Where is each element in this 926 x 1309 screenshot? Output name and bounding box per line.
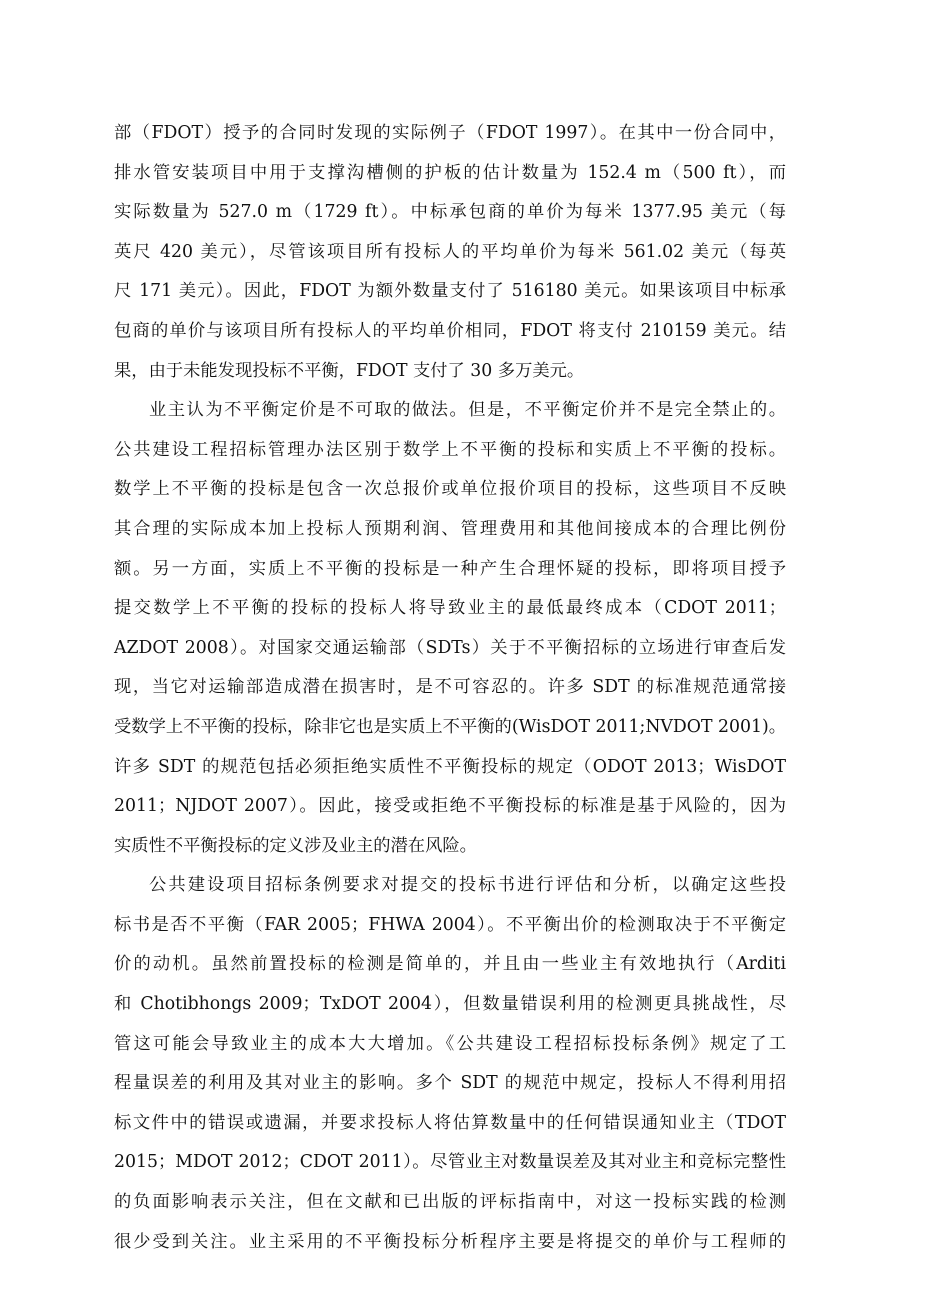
text-line: 2015；MDOT 2012；CDOT 2011）。尽管业主对数量误差及其对业主… [114, 1143, 786, 1183]
paragraph-3: 公共建设项目招标条例要求对提交的投标书进行评估和分析，以确定这些投 标书是否不平… [114, 866, 786, 1262]
text-line: 公共建设工程招标管理办法区别于数学上不平衡的投标和实质上不平衡的投标。 [114, 431, 786, 471]
text-line: 许多 SDT 的规范包括必须拒绝实质性不平衡投标的规定（ODOT 2013；Wi… [114, 748, 786, 788]
text-line: 包商的单价与该项目所有投标人的平均单价相同，FDOT 将支付 210159 美元… [114, 312, 786, 352]
paragraph-2: 业主认为不平衡定价是不可取的做法。但是，不平衡定价并不是完全禁止的。 公共建设工… [114, 391, 786, 866]
text-line: 业主认为不平衡定价是不可取的做法。但是，不平衡定价并不是完全禁止的。 [114, 391, 786, 431]
text-line: 公共建设项目招标条例要求对提交的投标书进行评估和分析，以确定这些投 [114, 866, 786, 906]
text-line: 数学上不平衡的投标是包含一次总报价或单位报价项目的投标，这些项目不反映 [114, 470, 786, 510]
text-line: 实际数量为 527.0 m（1729 ft）。中标承包商的单价为每米 1377.… [114, 193, 786, 233]
text-line: 英尺 420 美元），尽管该项目所有投标人的平均单价为每米 561.02 美元（… [114, 233, 786, 273]
text-line: 果，由于未能发现投标不平衡，FDOT 支付了 30 多万美元。 [114, 352, 786, 392]
text-line: 受数学上不平衡的投标，除非它也是实质上不平衡的(WisDOT 2011;NVDO… [114, 708, 786, 748]
text-line: 额。另一方面，实质上不平衡的投标是一种产生合理怀疑的投标，即将项目授予 [114, 550, 786, 590]
text-line: 价的动机。虽然前置投标的检测是简单的，并且由一些业主有效地执行（Arditi [114, 945, 786, 985]
text-line: 现，当它对运输部造成潜在损害时，是不可容忍的。许多 SDT 的标准规范通常接 [114, 668, 786, 708]
text-line: 其合理的实际成本加上投标人预期利润、管理费用和其他间接成本的合理比例份 [114, 510, 786, 550]
text-line: 的负面影响表示关注，但在文献和已出版的评标指南中，对这一投标实践的检测 [114, 1183, 786, 1223]
text-line: 尺 171 美元）。因此，FDOT 为额外数量支付了 516180 美元。如果该… [114, 272, 786, 312]
text-line: 排水管安装项目中用于支撑沟槽侧的护板的估计数量为 152.4 m（500 ft）… [114, 154, 786, 194]
text-line: 2011；NJDOT 2007）。因此，接受或拒绝不平衡投标的标准是基于风险的，… [114, 787, 786, 827]
text-line: 标文件中的错误或遗漏，并要求投标人将估算数量中的任何错误通知业主（TDOT [114, 1104, 786, 1144]
text-line: 部（FDOT）授予的合同时发现的实际例子（FDOT 1997）。在其中一份合同中… [114, 114, 786, 154]
document-page: 部（FDOT）授予的合同时发现的实际例子（FDOT 1997）。在其中一份合同中… [114, 114, 786, 1262]
text-line: 管这可能会导致业主的成本大大增加。《公共建设工程招标投标条例》规定了工 [114, 1025, 786, 1065]
text-line: 很少受到关注。业主采用的不平衡投标分析程序主要是将提交的单价与工程师的 [114, 1223, 786, 1263]
text-line: 和 Chotibhongs 2009；TxDOT 2004），但数量错误利用的检… [114, 985, 786, 1025]
text-line: AZDOT 2008）。对国家交通运输部（SDTs）关于不平衡招标的立场进行审查… [114, 629, 786, 669]
paragraph-1: 部（FDOT）授予的合同时发现的实际例子（FDOT 1997）。在其中一份合同中… [114, 114, 786, 391]
text-line: 程量误差的利用及其对业主的影响。多个 SDT 的规范中规定，投标人不得利用招 [114, 1064, 786, 1104]
text-line: 标书是否不平衡（FAR 2005；FHWA 2004）。不平衡出价的检测取决于不… [114, 906, 786, 946]
text-line: 实质性不平衡投标的定义涉及业主的潜在风险。 [114, 827, 786, 867]
text-line: 提交数学上不平衡的投标的投标人将导致业主的最低最终成本（CDOT 2011； [114, 589, 786, 629]
